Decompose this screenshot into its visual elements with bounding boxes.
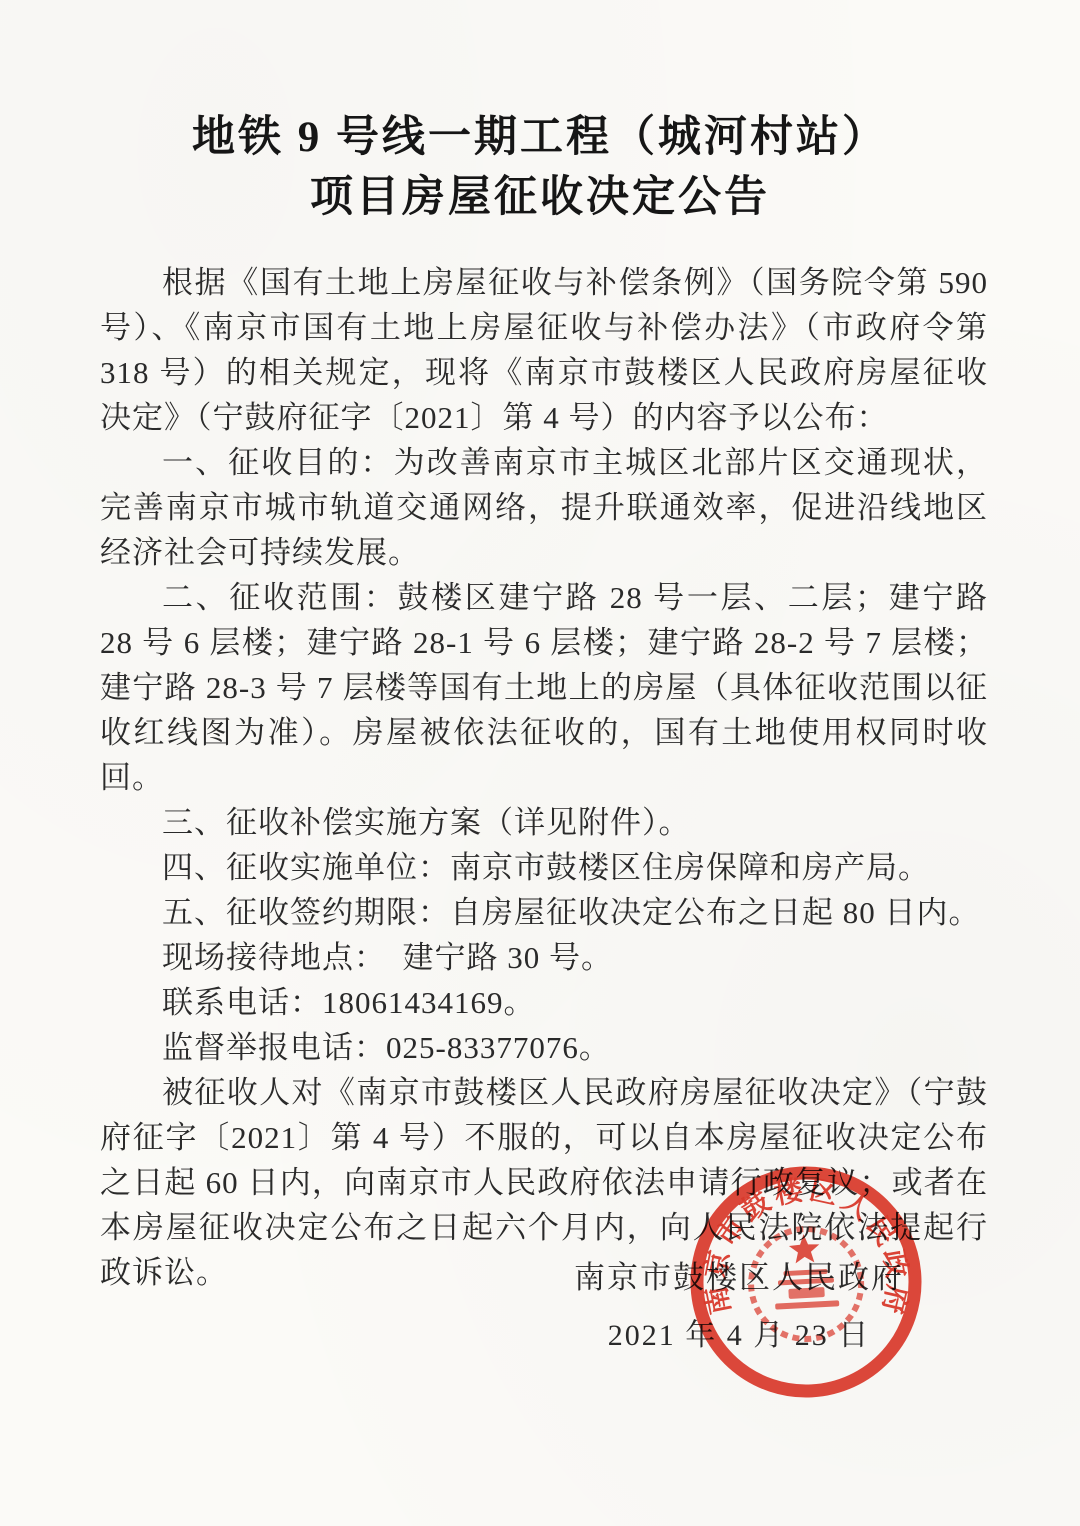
seal-star-icon [788, 1233, 820, 1263]
paragraph-implementing-unit: 四、征收实施单位：南京市鼓楼区住房保障和房产局。 [100, 845, 988, 890]
scanned-announcement-page: 地铁 9 号线一期工程（城河村站） 项目房屋征收决定公告 根据《国有土地上房屋征… [0, 0, 1080, 1526]
paragraph-legal-basis: 根据《国有土地上房屋征收与补偿条例》（国务院令第 590 号）、《南京市国有土地… [100, 260, 988, 440]
title-line-2: 项目房屋征收决定公告 [0, 168, 1080, 228]
line-supervision-phone: 监督举报电话：025-83377076。 [100, 1025, 988, 1070]
seal-emblem [748, 1226, 864, 1342]
line-reception-address: 现场接待地点： 建宁路 30 号。 [100, 935, 988, 980]
paragraph-signing-period: 五、征收签约期限：自房屋征收决定公布之日起 80 日内。 [100, 890, 988, 935]
title-line-1: 地铁 9 号线一期工程（城河村站） [0, 108, 1080, 168]
document-body: 根据《国有土地上房屋征收与补偿条例》（国务院令第 590 号）、《南京市国有土地… [100, 260, 988, 1295]
paragraph-scope: 二、征收范围：鼓楼区建宁路 28 号一层、二层；建宁路 28 号 6 层楼；建宁… [100, 575, 988, 800]
official-seal: 南京市鼓楼区人民政府 [682, 1158, 930, 1406]
line-contact-phone: 联系电话：18061434169。 [100, 980, 988, 1025]
page-title: 地铁 9 号线一期工程（城河村站） 项目房屋征收决定公告 [0, 108, 1080, 228]
paragraph-compensation-plan: 三、征收补偿实施方案（详见附件）。 [100, 800, 988, 845]
official-seal-graphic: 南京市鼓楼区人民政府 [682, 1158, 930, 1406]
paragraph-purpose: 一、征收目的：为改善南京市主城区北部片区交通现状，完善南京市城市轨道交通网络，提… [100, 440, 988, 575]
